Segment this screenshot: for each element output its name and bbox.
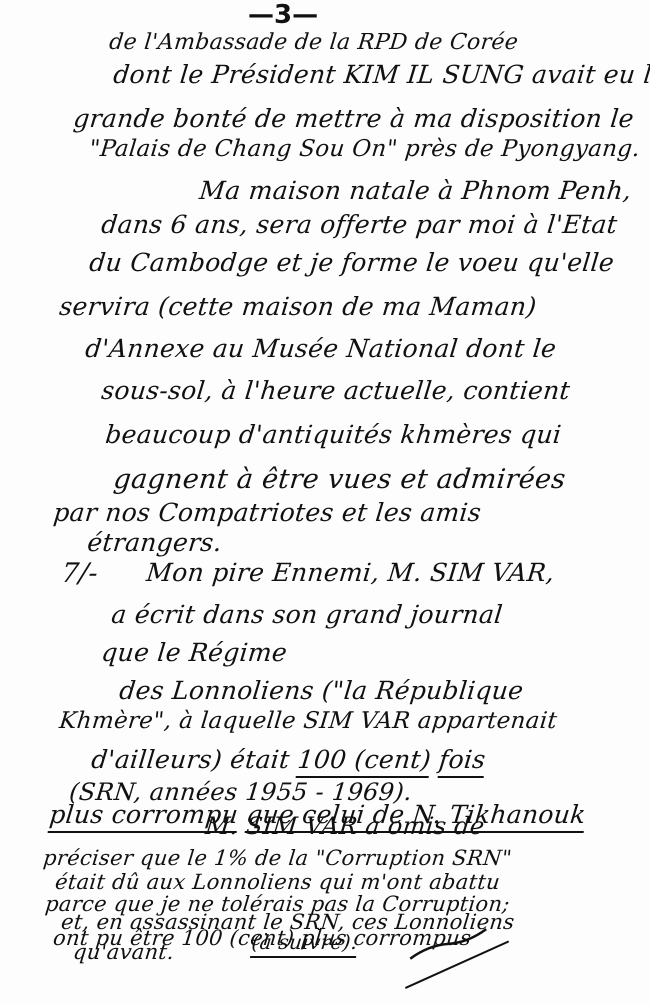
text-line: Khmère", à laquelle SIM VAR appartenait	[58, 708, 558, 734]
to-be-continued: (à suivre).	[250, 930, 359, 958]
page-number: —3—	[248, 0, 318, 30]
letter-page: —3— de l'Ambassade de la RPD de Corée do…	[0, 0, 650, 1004]
text-line: de l'Ambassade de la RPD de Corée	[108, 30, 519, 55]
text-line: étrangers.	[86, 528, 223, 557]
text-line: était dû aux Lonnoliens qui m'ont abattu	[54, 870, 501, 894]
text-line: grande bonté de mettre à ma disposition …	[72, 104, 635, 133]
text-line: gagnent à être vues et admirées	[112, 464, 567, 495]
text-line: "Palais de Chang Sou On" près de Pyongya…	[88, 136, 641, 162]
text-line: beaucoup d'antiquités khmères qui	[104, 420, 563, 449]
text-line: d'Annexe au Musée National dont le	[84, 334, 558, 363]
text-line: Ma maison natale à Phnom Penh,	[198, 176, 633, 205]
text-line: préciser que le 1% de la "Corruption SRN…	[42, 846, 513, 870]
text-line: sous-sol, à l'heure actuelle, contient	[100, 376, 572, 405]
text-segment: d'ailleurs) était	[90, 745, 299, 774]
text-line: a écrit dans son grand journal	[110, 600, 504, 629]
text-line-100-fois: d'ailleurs) était 100 (cent) fois	[90, 745, 487, 774]
underlined-text: 100 (cent)	[296, 745, 433, 778]
underlined-text: fois	[437, 745, 487, 778]
text-line: (SRN, années 1955 - 1969).	[68, 778, 413, 806]
text-line: servira (cette maison de ma Maman)	[58, 292, 538, 321]
text-line: dont le Président KIM IL SUNG avait eu l…	[112, 60, 650, 89]
text-line: qu'avant.	[72, 940, 176, 964]
text-line: que le Régime	[100, 638, 289, 667]
text-line: M. SIM VAR a omis de	[204, 812, 486, 840]
section-marker: 7/-	[60, 558, 100, 589]
text-line: des Lonnoliens ("la République	[118, 676, 525, 705]
text-line: Mon pire Ennemi, M. SIM VAR,	[145, 558, 556, 587]
text-line: par nos Compatriotes et les amis	[52, 498, 483, 527]
text-line: du Cambodge et je forme le voeu qu'elle	[88, 248, 616, 277]
text-line: dans 6 ans, sera offerte par moi à l'Eta…	[100, 210, 619, 239]
